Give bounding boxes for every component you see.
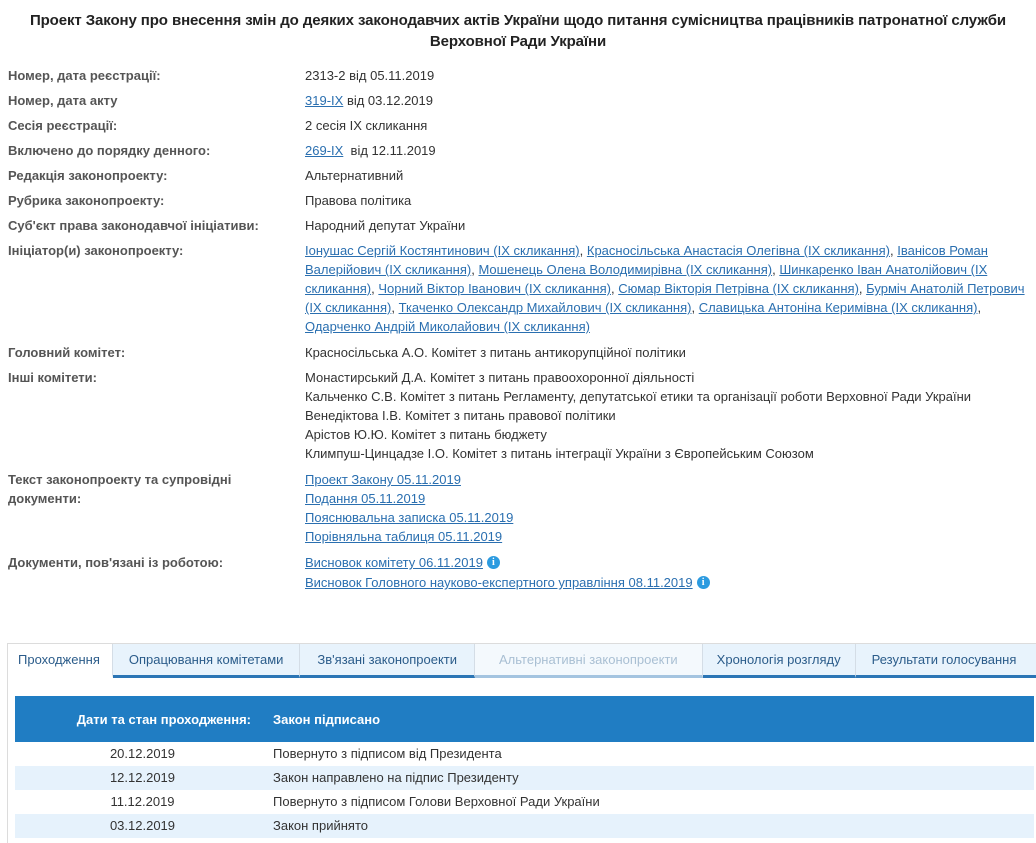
tab-3[interactable]: Зв'язані законопроекти — [300, 644, 475, 678]
field-label: Документи, пов'язані із роботою: — [8, 553, 305, 593]
field-rubric: Рубрика законопроекту: Правова політика — [8, 191, 1036, 210]
committees-list: Монастирський Д.А. Комітет з питань прав… — [305, 368, 1036, 463]
page-title: Проект Закону про внесення змін до деяки… — [0, 10, 1036, 52]
committee-item: Арістов Ю.Ю. Комітет з питань бюджету — [305, 425, 1036, 444]
field-subject: Суб'єкт права законодавчої ініціативи: Н… — [8, 216, 1036, 235]
passage-row: 12.12.2019Закон направлено на підпис Пре… — [15, 766, 1034, 790]
field-value: Красносільська А.О. Комітет з питань ант… — [305, 343, 1036, 362]
tab-6[interactable]: Результати голосування — [856, 644, 1036, 678]
document-link[interactable]: Проект Закону 05.11.2019 — [305, 470, 1036, 489]
field-session: Сесія реєстрації: 2 сесія IX скликання — [8, 116, 1036, 135]
initiator-link[interactable]: Ткаченко Олександр Михайлович (IX склика… — [399, 300, 692, 315]
field-label: Інші комітети: — [8, 368, 305, 463]
passage-status: Повернуто з підписом від Президента — [270, 742, 502, 766]
document-link[interactable]: Порівняльна таблиця 05.11.2019 — [305, 527, 1036, 546]
tab-bar: ПроходженняОпрацювання комітетамиЗв'язан… — [8, 644, 1036, 677]
field-label: Номер, дата акту — [8, 91, 305, 110]
related-docs-list: Висновок комітету 06.11.2019iВисновок Го… — [305, 553, 1036, 593]
field-value: 2 сесія IX скликання — [305, 116, 1036, 135]
field-label: Рубрика законопроекту: — [8, 191, 305, 210]
initiator-link[interactable]: Мошенець Олена Володимирівна (IX скликан… — [478, 262, 772, 277]
field-label: Номер, дата реєстрації: — [8, 66, 305, 85]
field-value: 2313-2 від 05.11.2019 — [305, 66, 1036, 85]
document-link[interactable]: Подання 05.11.2019 — [305, 489, 1036, 508]
field-registration: Номер, дата реєстрації: 2313-2 від 05.11… — [8, 66, 1036, 85]
field-label: Сесія реєстрації: — [8, 116, 305, 135]
passage-date: 12.12.2019 — [15, 766, 270, 790]
initiator-link[interactable]: Одарченко Андрій Миколайович (IX скликан… — [305, 319, 590, 334]
passage-row: 11.12.2019Повернуто з підписом Голови Ве… — [15, 790, 1034, 814]
related-doc-item: Висновок комітету 06.11.2019i — [305, 553, 1036, 572]
passage-header-label: Дати та стан проходження: — [15, 712, 251, 727]
passage-row: 03.12.2019Закон прийнято — [15, 814, 1034, 838]
passage-status: Закон направлено на підпис Президенту — [270, 766, 519, 790]
related-doc-link[interactable]: Висновок Головного науково-експертного у… — [305, 575, 693, 590]
field-label: Редакція законопроекту: — [8, 166, 305, 185]
info-icon[interactable]: i — [697, 576, 710, 589]
field-value: Народний депутат України — [305, 216, 1036, 235]
tab-4: Альтернативні законопроекти — [475, 644, 703, 678]
field-value: від 12.11.2019 — [351, 143, 436, 158]
document-link[interactable]: Пояснювальна записка 05.11.2019 — [305, 508, 1036, 527]
passage-date: 03.12.2019 — [15, 814, 270, 838]
agenda-link[interactable]: 269-IX — [305, 143, 343, 158]
passage-date: 11.12.2019 — [15, 790, 270, 814]
passage-row: 20.12.2019Повернуто з підписом від Прези… — [15, 742, 1034, 766]
tab-5[interactable]: Хронологія розгляду — [703, 644, 856, 678]
field-main-committee: Головний комітет: Красносільська А.О. Ко… — [8, 343, 1036, 362]
passage-status: Закон прийнято — [270, 814, 368, 838]
info-icon[interactable]: i — [487, 556, 500, 569]
field-label: Текст законопроекту та супровідні докуме… — [8, 470, 305, 546]
passage-table: Дати та стан проходження: Закон підписан… — [15, 696, 1034, 838]
field-related-docs: Документи, пов'язані із роботою: Висново… — [8, 553, 1036, 593]
tabs-panel: ПроходженняОпрацювання комітетамиЗв'язан… — [7, 643, 1036, 843]
field-value: від 03.12.2019 — [347, 93, 433, 108]
initiator-link[interactable]: Іонушас Сергій Костянтинович (IX скликан… — [305, 243, 580, 258]
field-value: Альтернативний — [305, 166, 1036, 185]
bill-info: Номер, дата реєстрації: 2313-2 від 05.11… — [8, 66, 1036, 599]
field-label: Суб'єкт права законодавчої ініціативи: — [8, 216, 305, 235]
related-doc-link[interactable]: Висновок комітету 06.11.2019 — [305, 555, 483, 570]
documents-list: Проект Закону 05.11.2019Подання 05.11.20… — [305, 470, 1036, 546]
initiator-link[interactable]: Славицька Антоніна Керимівна (IX скликан… — [699, 300, 978, 315]
tab-2[interactable]: Опрацювання комітетами — [113, 644, 301, 678]
initiators-list: Іонушас Сергій Костянтинович (IX скликан… — [305, 241, 1036, 336]
tab-1[interactable]: Проходження — [8, 644, 113, 678]
initiator-link[interactable]: Сюмар Вікторія Петрівна (IX скликання) — [618, 281, 859, 296]
field-value: Правова політика — [305, 191, 1036, 210]
field-act: Номер, дата акту 319-IX від 03.12.2019 — [8, 91, 1036, 110]
initiator-link[interactable]: Красносільська Анастасія Олегівна (IX ск… — [587, 243, 890, 258]
passage-header-status: Закон підписано — [251, 712, 380, 727]
committee-item: Климпуш-Цинцадзе І.О. Комітет з питань і… — [305, 444, 1036, 463]
field-label: Головний комітет: — [8, 343, 305, 362]
act-number-link[interactable]: 319-IX — [305, 93, 343, 108]
committee-item: Венедіктова І.В. Комітет з питань правов… — [305, 406, 1036, 425]
field-documents: Текст законопроекту та супровідні докуме… — [8, 470, 1036, 546]
committee-item: Монастирський Д.А. Комітет з питань прав… — [305, 368, 1036, 387]
field-agenda: Включено до порядку денного: 269-IX від … — [8, 141, 1036, 160]
field-label: Ініціатор(и) законопроекту: — [8, 241, 305, 336]
field-label: Включено до порядку денного: — [8, 141, 305, 160]
passage-header: Дати та стан проходження: Закон підписан… — [15, 696, 1034, 742]
passage-status: Повернуто з підписом Голови Верховної Ра… — [270, 790, 600, 814]
passage-rows: 20.12.2019Повернуто з підписом від Прези… — [15, 742, 1034, 838]
passage-date: 20.12.2019 — [15, 742, 270, 766]
field-edition: Редакція законопроекту: Альтернативний — [8, 166, 1036, 185]
field-other-committees: Інші комітети: Монастирський Д.А. Коміте… — [8, 368, 1036, 463]
field-initiators: Ініціатор(и) законопроекту: Іонушас Серг… — [8, 241, 1036, 336]
related-doc-item: Висновок Головного науково-експертного у… — [305, 573, 1036, 592]
initiator-link[interactable]: Чорний Віктор Іванович (IX скликання) — [378, 281, 611, 296]
committee-item: Кальченко С.В. Комітет з питань Регламен… — [305, 387, 1036, 406]
